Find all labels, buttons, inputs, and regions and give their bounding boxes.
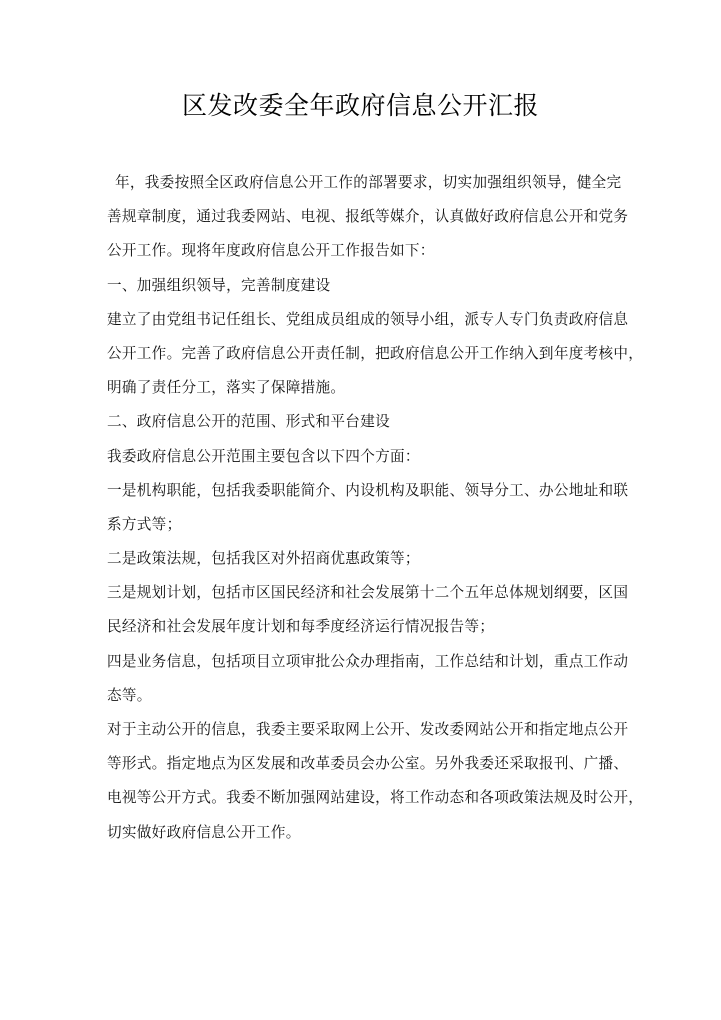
- paragraph-line: 年，我委按照全区政府信息公开工作的部署要求，切实加强组织领导，健全完: [107, 166, 615, 200]
- paragraph-line: 对于主动公开的信息，我委主要采取网上公开、发改委网站公开和指定地点公开: [107, 713, 615, 747]
- paragraph-line: 切实做好政府信息公开工作。: [107, 816, 615, 850]
- paragraph-line: 明确了责任分工，落实了保障措施。: [107, 371, 615, 405]
- document-body: 年，我委按照全区政府信息公开工作的部署要求，切实加强组织领导，健全完 善规章制度…: [107, 166, 615, 850]
- list-item-line: 二是政策法规，包括我区对外招商优惠政策等；: [107, 542, 615, 576]
- list-item-line: 三是规划计划，包括市区国民经济和社会发展第十二个五年总体规划纲要，区国: [107, 576, 615, 610]
- list-item-line: 一是机构职能，包括我委职能简介、内设机构及职能、领导分工、办公地址和联: [107, 474, 615, 508]
- paragraph-line: 我委政府信息公开范围主要包含以下四个方面：: [107, 440, 615, 474]
- list-item-line: 系方式等；: [107, 508, 615, 542]
- list-item-line: 态等。: [107, 679, 615, 713]
- document-page: 区发改委全年政府信息公开汇报 年，我委按照全区政府信息公开工作的部署要求，切实加…: [0, 0, 721, 1020]
- paragraph-line: 等形式。指定地点为区发展和改革委员会办公室。另外我委还采取报刊、广播、: [107, 747, 615, 781]
- paragraph-line: 公开工作。完善了政府信息公开责任制，把政府信息公开工作纳入到年度考核中，: [107, 337, 615, 371]
- section-heading-1: 一、加强组织领导，完善制度建设: [107, 269, 615, 303]
- paragraph-line: 善规章制度，通过我委网站、电视、报纸等媒介，认真做好政府信息公开和党务: [107, 200, 615, 234]
- section-heading-2: 二、政府信息公开的范围、形式和平台建设: [107, 405, 615, 439]
- paragraph-line: 建立了由党组书记任组长、党组成员组成的领导小组，派专人专门负责政府信息: [107, 303, 615, 337]
- list-item-line: 民经济和社会发展年度计划和每季度经济运行情况报告等；: [107, 610, 615, 644]
- paragraph-line: 公开工作。现将年度政府信息公开工作报告如下：: [107, 234, 615, 268]
- paragraph-line: 电视等公开方式。我委不断加强网站建设，将工作动态和各项政策法规及时公开，: [107, 781, 615, 815]
- document-title: 区发改委全年政府信息公开汇报: [0, 86, 721, 126]
- list-item-line: 四是业务信息，包括项目立项审批公众办理指南，工作总结和计划，重点工作动: [107, 645, 615, 679]
